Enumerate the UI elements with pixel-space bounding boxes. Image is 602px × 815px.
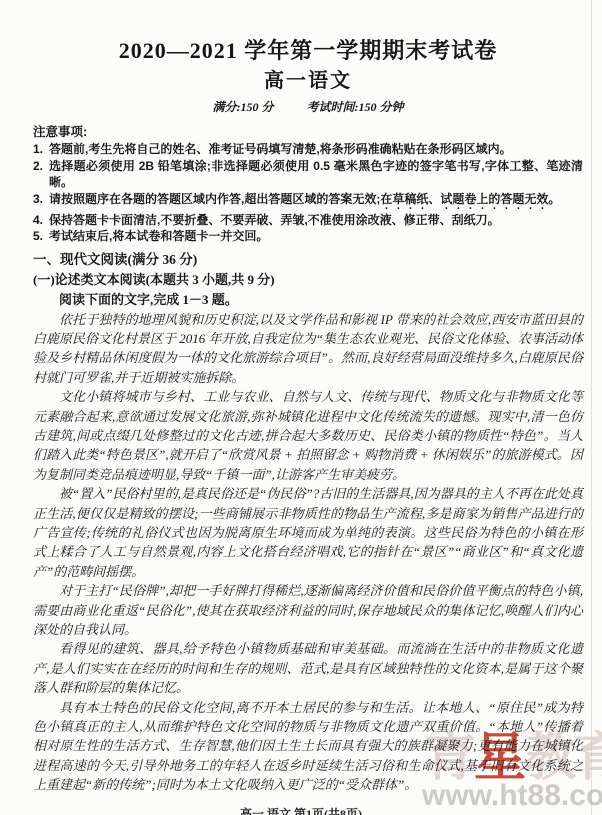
notice-item-emphasized-text: 在草稿纸、试题卷上的答题无效。 bbox=[380, 192, 560, 206]
passage-paragraph: 依托于独特的地理风貌和历史积淀,以及文学作品和影视 IP 带来的社会效应,西安市… bbox=[33, 310, 583, 388]
notice-list: 1. 答题前,考生先将自己的姓名、准考证号码填写清楚,将条形码准确粘贴在条形码区… bbox=[33, 141, 583, 245]
passage-paragraph: 看得见的建筑、器具,给予特色小镇物质基础和审美基础。而流淌在生活中的非物质文化遗… bbox=[33, 639, 583, 697]
notice-item-number: 4. bbox=[33, 212, 43, 229]
notice-item-text: 考试结束后,将本试卷和答题卡一并交回。 bbox=[49, 229, 268, 243]
exam-full-score: 满分:150 分 bbox=[213, 100, 274, 114]
notice-item-text: 保持答题卡卡面清洁,不要折叠、不要弄破、弄皱,不准使用涂改液、修正带、刮纸刀。 bbox=[49, 213, 500, 227]
notice-item: 4. 保持答题卡卡面清洁,不要折叠、不要弄破、弄皱,不准使用涂改液、修正带、刮纸… bbox=[33, 212, 583, 229]
notice-item-number: 2. bbox=[33, 158, 43, 175]
section-subheading: (一)论述类文本阅读(本题共 3 小题,共 9 分) bbox=[33, 270, 583, 290]
notice-item-number: 5. bbox=[33, 228, 43, 245]
page-subtitle: 高一语文 bbox=[33, 68, 583, 94]
page-title: 2020—2021 学年第一学期期末考试卷 bbox=[33, 36, 583, 66]
reading-instruction: 阅读下面的文字,完成 1－3 题。 bbox=[33, 290, 583, 310]
notice-item-text: 选择题必须使用 2B 铅笔填涂;非选择题必须使用 0.5 毫米黑色字迹的签字笔书… bbox=[49, 159, 583, 190]
exam-meta: 满分:150 分 考试时间:150 分钟 bbox=[33, 99, 583, 115]
exam-paper-page: 育星教育网 www.ht88.com 2020—2021 学年第一学期期末考试卷… bbox=[0, 0, 602, 815]
notice-item-number: 1. bbox=[33, 141, 43, 158]
section-heading: 一、现代文阅读(满分 36 分) bbox=[33, 250, 583, 270]
page-content: 2020—2021 学年第一学期期末考试卷 高一语文 满分:150 分 考试时间… bbox=[0, 0, 602, 795]
passage-paragraph: 文化小镇将城市与乡村、工业与农业、自然与人文、传统与现代、物质文化与非物质文化等… bbox=[33, 387, 583, 484]
passage-paragraph: 被“置入”民俗村里的,是真民俗还是“伪民俗”?古旧的生活器具,因为器具的主人不再… bbox=[33, 484, 583, 581]
page-footer: 高一 语文 第1页(共8页) bbox=[0, 806, 602, 815]
exam-duration: 考试时间:150 分钟 bbox=[307, 100, 404, 114]
notice-item-text: 答题前,考生先将自己的姓名、准考证号码填写清楚,将条形码准确粘贴在条形码区域内。 bbox=[49, 142, 512, 156]
passage-paragraph: 对于主打“民俗牌”,却把一手好牌打得稀烂,逐渐偏离经济价值和民俗价值平衡点的特色… bbox=[33, 581, 583, 639]
notice-item: 2. 选择题必须使用 2B 铅笔填涂;非选择题必须使用 0.5 毫米黑色字迹的签… bbox=[33, 158, 583, 191]
notice-section: 注意事项: 1. 答题前,考生先将自己的姓名、准考证号码填写清楚,将条形码准确粘… bbox=[33, 123, 583, 245]
notice-item: 3. 请按照题序在各题的答题区域内作答,超出答题区域的答案无效;在草稿纸、试题卷… bbox=[33, 191, 583, 212]
notice-heading: 注意事项: bbox=[33, 123, 583, 141]
notice-item-number: 3. bbox=[33, 191, 43, 208]
passage-paragraph: 具有本土特色的民俗文化空间,离不开本土居民的参与和生活。让本地人、“原住民”成为… bbox=[33, 698, 583, 795]
notice-item-text: 请按照题序在各题的答题区域内作答,超出答题区域的答案无效; bbox=[49, 192, 380, 206]
notice-item: 5. 考试结束后,将本试卷和答题卡一并交回。 bbox=[33, 228, 583, 245]
notice-item: 1. 答题前,考生先将自己的姓名、准考证号码填写清楚,将条形码准确粘贴在条形码区… bbox=[33, 141, 583, 158]
